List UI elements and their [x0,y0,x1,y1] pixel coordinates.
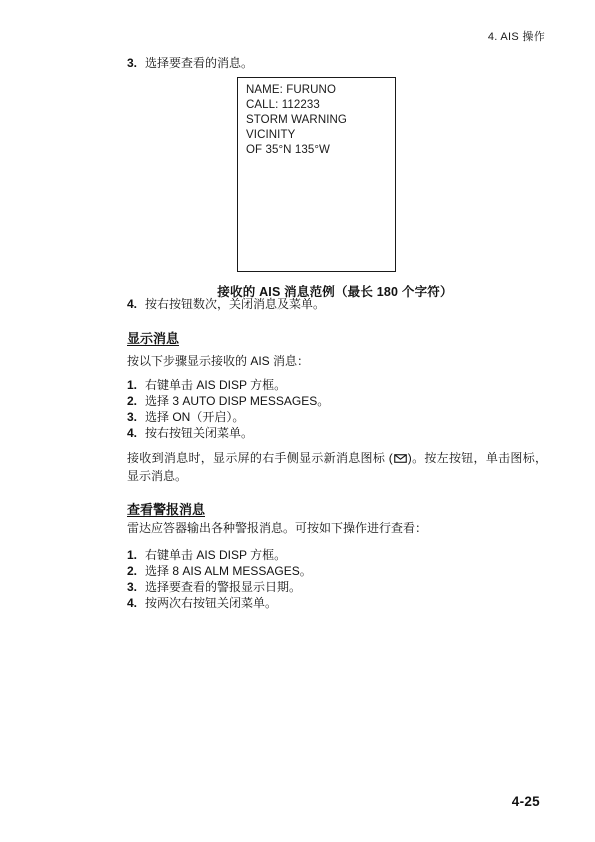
step-text: 选择 ON（开启）。 [145,409,244,425]
display-section-intro: 按以下步骤显示接收的 AIS 消息： [127,354,309,369]
step-number: 3. [127,409,145,425]
step-4-close-message: 4. 按右按钮数次，关闭消息及菜单。 [127,297,325,312]
section-heading-display-messages: 显示消息 [127,328,179,347]
message-line: OF 35°N 135°W [246,143,387,158]
step-text: 选择 3 AUTO DISP MESSAGES。 [145,393,329,409]
list-item: 2. 选择 3 AUTO DISP MESSAGES。 [127,393,329,409]
display-steps-list: 1. 右键单击 AIS DISP 方框。 2. 选择 3 AUTO DISP M… [127,377,329,441]
step-number: 2. [127,563,145,579]
list-item: 3. 选择要查看的警报显示日期。 [127,579,312,595]
step-text: 右键单击 AIS DISP 方框。 [145,547,286,563]
step-text: 按右按钮关闭菜单。 [145,425,253,441]
alarm-section-intro: 雷达应答器输出各种警报消息。可按如下操作进行查看： [127,521,427,536]
step-number: 4. [127,297,145,312]
list-item: 2. 选择 8 AIS ALM MESSAGES。 [127,563,312,579]
section-heading-view-alarm-messages: 查看警报消息 [127,499,205,518]
step-number: 1. [127,377,145,393]
list-item: 1. 右键单击 AIS DISP 方框。 [127,547,312,563]
step-number: 2. [127,393,145,409]
step-text: 按两次右按钮关闭菜单。 [145,595,277,611]
list-item: 4. 按两次右按钮关闭菜单。 [127,595,312,611]
page-number: 4-25 [512,794,540,809]
step-text: 按右按钮数次，关闭消息及菜单。 [145,297,325,312]
list-item: 4. 按右按钮关闭菜单。 [127,425,329,441]
step-number: 3. [127,579,145,595]
step-text: 选择要查看的消息。 [145,56,253,71]
running-header: 4. AIS 操作 [488,28,545,44]
list-item: 1. 右键单击 AIS DISP 方框。 [127,377,329,393]
message-line: STORM WARNING VICINITY [246,113,387,143]
step-text: 右键单击 AIS DISP 方框。 [145,377,286,393]
new-message-note: 接收到消息时，显示屏的右手侧显示新消息图标 ()。按左按钮，单击图标，显示消息。 [127,450,547,485]
step-number: 4. [127,595,145,611]
ais-message-example-box: NAME: FURUNO CALL: 112233 STORM WARNING … [237,77,396,272]
step-3-select-message: 3. 选择要查看的消息。 [127,56,253,71]
step-number: 1. [127,547,145,563]
message-line: NAME: FURUNO [246,83,387,98]
manual-page: 4. AIS 操作 3. 选择要查看的消息。 NAME: FURUNO CALL… [0,0,595,842]
message-line: CALL: 112233 [246,98,387,113]
step-text: 选择 8 AIS ALM MESSAGES。 [145,563,312,579]
list-item: 3. 选择 ON（开启）。 [127,409,329,425]
alarm-steps-list: 1. 右键单击 AIS DISP 方框。 2. 选择 8 AIS ALM MES… [127,547,312,611]
step-number: 3. [127,56,145,71]
step-number: 4. [127,425,145,441]
envelope-icon [394,451,407,468]
note-text: 接收到消息时，显示屏的右手侧显示新消息图标 ( [127,451,393,465]
step-text: 选择要查看的警报显示日期。 [145,579,301,595]
